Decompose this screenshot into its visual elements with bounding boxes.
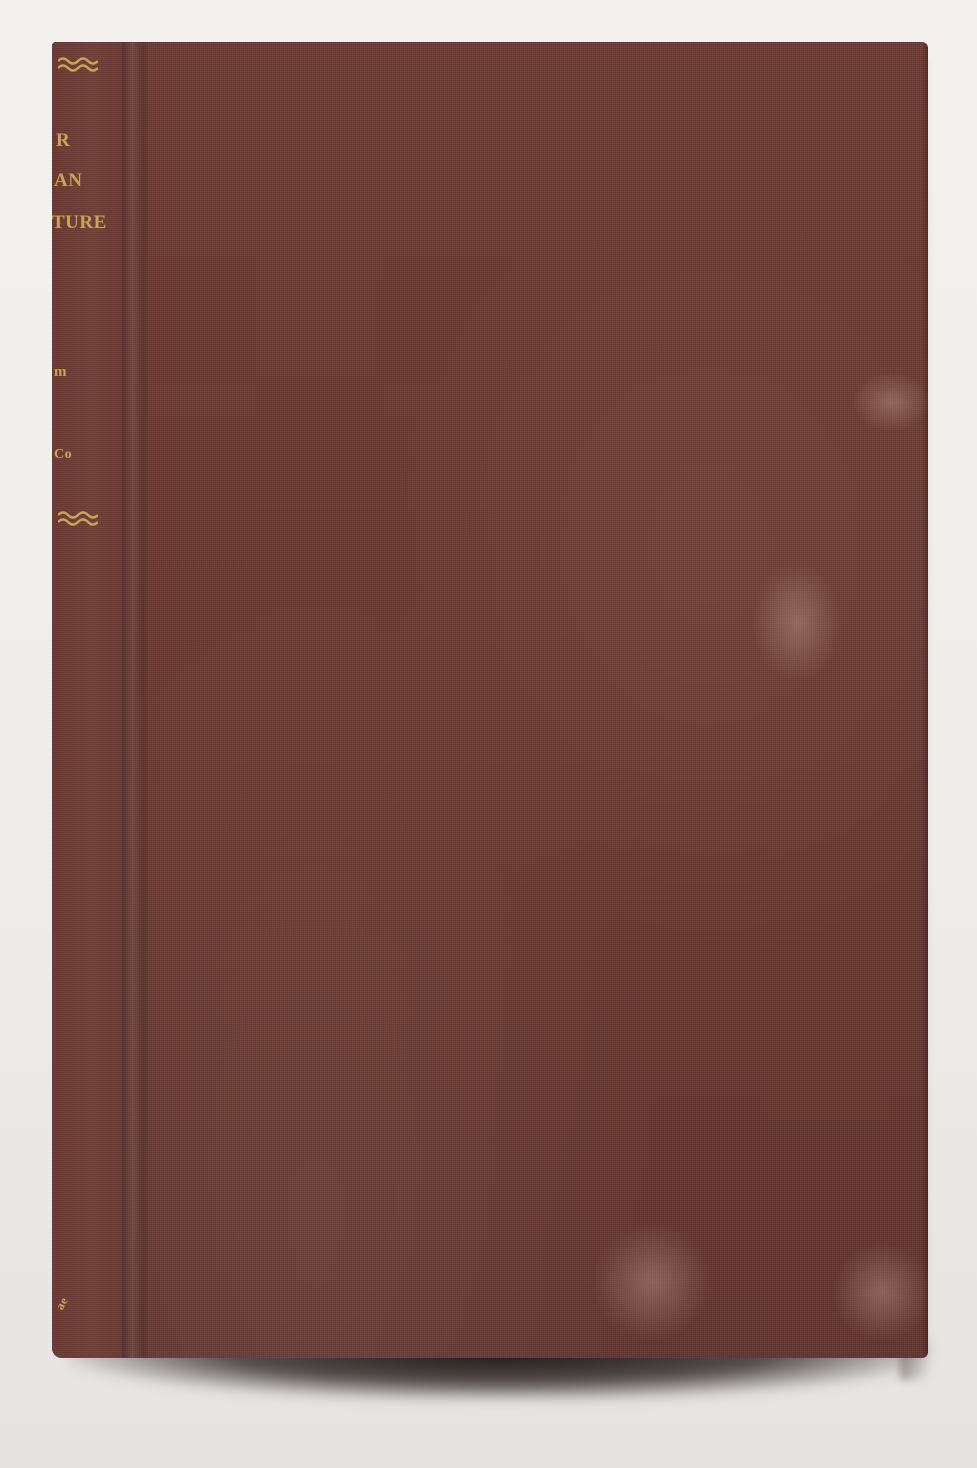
front-cover <box>52 42 928 1358</box>
wear-mark <box>592 1222 712 1342</box>
wear-mark <box>752 562 842 682</box>
spine: R AN TURE m Co ae <box>52 42 122 1358</box>
book: R AN TURE m Co ae <box>52 42 928 1358</box>
gilt-wave-ornament-bottom <box>58 510 98 528</box>
wear-mark <box>852 372 928 432</box>
cover-edge <box>922 42 928 1358</box>
spine-publisher: ae <box>53 1294 72 1312</box>
spine-title-line-1: R <box>56 130 70 152</box>
wear-mark <box>832 1242 928 1342</box>
spine-hinge <box>122 42 148 1358</box>
gilt-wave-ornament-top <box>58 56 98 74</box>
spine-imprint: Co <box>54 447 72 463</box>
spine-author: m <box>54 364 67 381</box>
spine-title-line-2: AN <box>54 170 82 192</box>
spine-title-line-3: TURE <box>52 212 107 234</box>
